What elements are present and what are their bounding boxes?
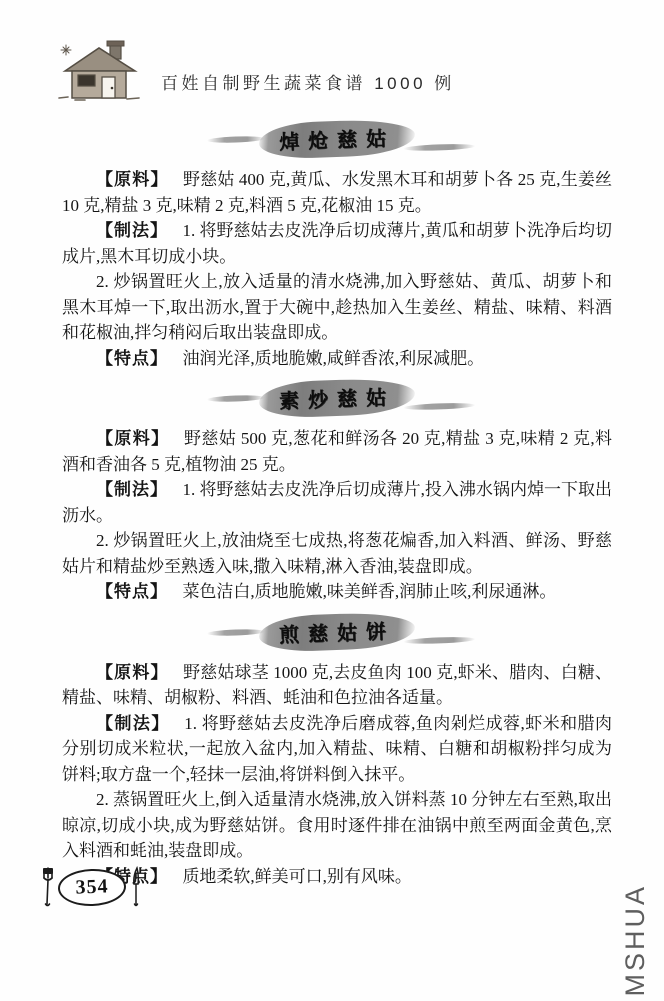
recipe-section: 煎慈姑饼 【原料】野慈姑球茎 1000 克,去皮鱼肉 100 克,虾米、腊肉、白… bbox=[62, 614, 612, 890]
book-title: 百姓自制野生蔬菜食谱 1000 例 bbox=[161, 69, 455, 94]
fork-icon bbox=[40, 866, 56, 908]
features-text: 油润光泽,质地脆嫩,咸鲜香浓,利尿减肥。 bbox=[182, 349, 484, 368]
ingredients-paragraph: 【原料】野慈姑球茎 1000 克,去皮鱼肉 100 克,虾米、腊肉、白糖、精盐、… bbox=[62, 660, 612, 711]
book-page: 百姓自制野生蔬菜食谱 1000 例 焯炝慈姑 【原料】野慈姑 400 克,黄瓜、… bbox=[0, 0, 664, 1001]
features-label: 【特点】 bbox=[96, 582, 168, 601]
recipe-title-badge: 煎慈姑饼 bbox=[258, 611, 415, 652]
recipe-title: 煎慈姑饼 bbox=[279, 620, 396, 646]
watermark-text: MSHUA bbox=[620, 884, 651, 997]
method-step: 2. 炒锅置旺火上,放入适量的清水烧沸,加入野慈姑、黄瓜、胡萝卜和黑木耳焯一下,… bbox=[62, 272, 612, 342]
knife-icon bbox=[128, 866, 144, 908]
method-paragraph: 【制法】1. 将野慈姑去皮洗净后切成薄片,黄瓜和胡萝卜洗净后均切成片,黑木耳切成… bbox=[62, 218, 612, 269]
features-paragraph: 【特点】菜色洁白,质地脆嫩,味美鲜香,润肺止咳,利尿通淋。 bbox=[62, 579, 612, 605]
method-step: 2. 炒锅置旺火上,放油烧至七成热,将葱花煸香,加入料酒、鲜汤、野慈姑片和精盐炒… bbox=[62, 531, 612, 576]
method-paragraph: 【制法】1. 将野慈姑去皮洗净后切成薄片,投入沸水锅内焯一下取出沥水。 bbox=[62, 477, 612, 528]
method-label: 【制法】 bbox=[96, 480, 168, 499]
ingredients-paragraph: 【原料】野慈姑 500 克,葱花和鲜汤各 20 克,精盐 3 克,味精 2 克,… bbox=[62, 426, 612, 477]
features-paragraph: 【特点】油润光泽,质地脆嫩,咸鲜香浓,利尿减肥。 bbox=[62, 346, 612, 372]
method-label: 【制法】 bbox=[96, 221, 168, 240]
recipe-section: 焯炝慈姑 【原料】野慈姑 400 克,黄瓜、水发黑木耳和胡萝卜各 25 克,生姜… bbox=[62, 121, 612, 371]
recipe-title: 素炒慈姑 bbox=[279, 387, 396, 413]
page-content: 焯炝慈姑 【原料】野慈姑 400 克,黄瓜、水发黑木耳和胡萝卜各 25 克,生姜… bbox=[62, 112, 612, 889]
features-text: 菜色洁白,质地脆嫩,味美鲜香,润肺止咳,利尿通淋。 bbox=[182, 582, 556, 601]
ingredients-label: 【原料】 bbox=[96, 429, 170, 448]
method-paragraph: 2. 炒锅置旺火上,放入适量的清水烧沸,加入野慈姑、黄瓜、胡萝卜和黑木耳焯一下,… bbox=[62, 269, 612, 346]
page-footer: 354 bbox=[40, 866, 144, 908]
ingredients-paragraph: 【原料】野慈姑 400 克,黄瓜、水发黑木耳和胡萝卜各 25 克,生姜丝 10 … bbox=[62, 167, 612, 218]
method-paragraph: 【制法】1. 将野慈姑去皮洗净后磨成蓉,鱼肉剁烂成蓉,虾米和腊肉分别切成米粒状,… bbox=[62, 711, 612, 788]
ingredients-label: 【原料】 bbox=[96, 663, 169, 682]
page-header: 百姓自制野生蔬菜食谱 1000 例 bbox=[55, 40, 455, 102]
recipe-title: 焯炝慈姑 bbox=[279, 128, 396, 154]
recipe-title-badge: 素炒慈姑 bbox=[258, 377, 415, 418]
features-paragraph: 【特点】质地柔软,鲜美可口,别有风味。 bbox=[62, 864, 612, 890]
page-number-oval: 354 bbox=[57, 867, 126, 906]
features-text: 质地柔软,鲜美可口,别有风味。 bbox=[182, 867, 412, 886]
method-paragraph: 2. 蒸锅置旺火上,倒入适量清水烧沸,放入饼料蒸 10 分钟左右至熟,取出晾凉,… bbox=[62, 787, 612, 864]
recipe-section: 素炒慈姑 【原料】野慈姑 500 克,葱花和鲜汤各 20 克,精盐 3 克,味精… bbox=[62, 380, 612, 605]
method-step: 2. 蒸锅置旺火上,倒入适量清水烧沸,放入饼料蒸 10 分钟左右至熟,取出晾凉,… bbox=[62, 790, 612, 860]
recipe-title-badge: 焯炝慈姑 bbox=[258, 118, 415, 159]
features-label: 【特点】 bbox=[96, 349, 168, 368]
method-label: 【制法】 bbox=[96, 714, 170, 733]
ingredients-label: 【原料】 bbox=[96, 170, 169, 189]
house-icon bbox=[55, 40, 143, 102]
method-paragraph: 2. 炒锅置旺火上,放油烧至七成热,将葱花煸香,加入料酒、鲜汤、野慈姑片和精盐炒… bbox=[62, 528, 612, 579]
page-number: 354 bbox=[75, 875, 109, 899]
